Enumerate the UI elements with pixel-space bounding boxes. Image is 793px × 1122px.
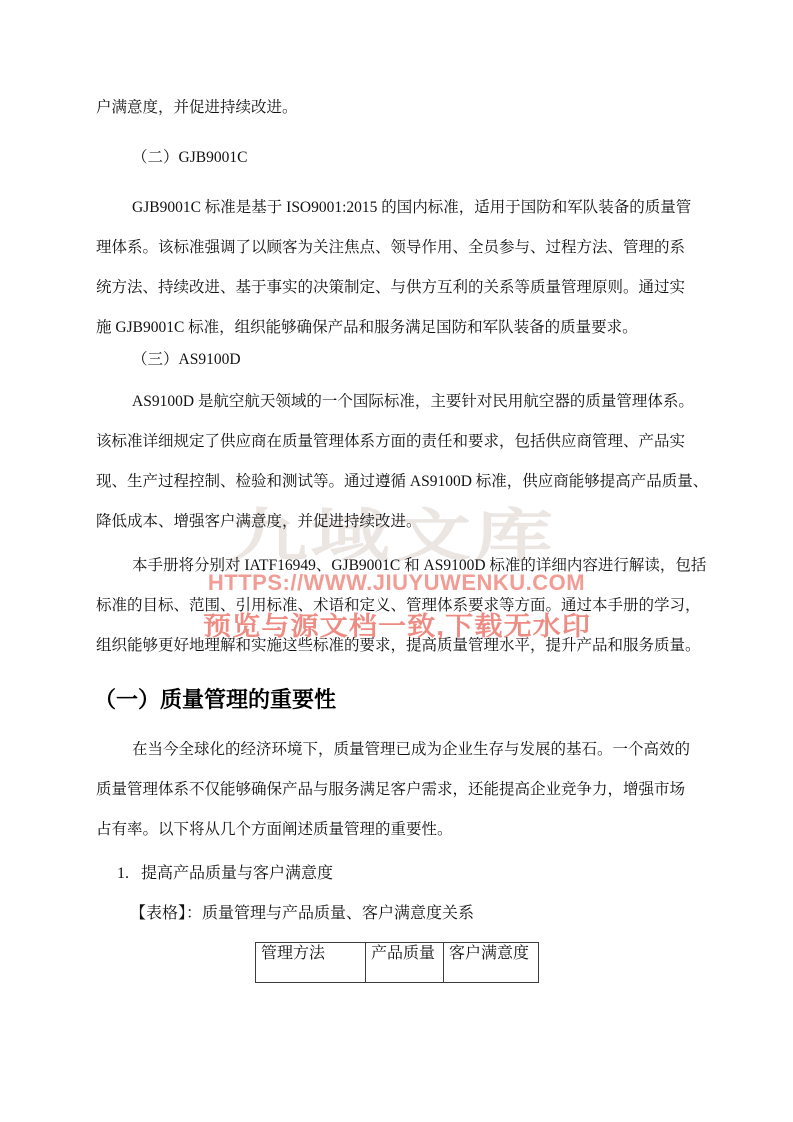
- quality-relationship-table: 管理方法 产品质量 客户满意度: [255, 942, 539, 983]
- list-item-text: 提高产品质量与客户满意度: [141, 865, 333, 882]
- body-line-12: 本手册将分别对 IATF16949、GJB9001C 和 AS9100D 标准的…: [132, 556, 706, 576]
- body-line-11: 降低成本、增强客户满意度，并促进持续改进。: [96, 512, 422, 532]
- body-line-3: GJB9001C 标准是基于 ISO9001:2015 的国内标准，适用于国防和…: [132, 198, 691, 218]
- subsection-title-gjb9001c: （二）GJB9001C: [132, 148, 247, 168]
- body-line-8: AS9100D 是航空航天领域的一个国际标准，主要针对民用航空器的质量管理体系。: [132, 392, 694, 412]
- table-header-row: 管理方法 产品质量 客户满意度: [256, 943, 539, 983]
- body-line-14: 组织能够更好地理解和实施这些标准的要求，提高质量管理水平，提升产品和服务质量。: [96, 636, 701, 656]
- table-header-management-method: 管理方法: [256, 943, 366, 983]
- body-line-1: 户满意度，并促进持续改进。: [96, 98, 298, 118]
- subsection-title-as9100d: （三）AS9100D: [132, 350, 241, 370]
- body-line-9: 该标准详细规定了供应商在质量管理体系方面的责任和要求，包括供应商管理、产品实: [96, 432, 685, 452]
- section-heading: （一）质量管理的重要性: [94, 683, 336, 714]
- body-line-6: 施 GJB9001C 标准，组织能够确保产品和服务满足国防和军队装备的质量要求。: [96, 318, 638, 338]
- table-header-product-quality: 产品质量: [366, 943, 444, 983]
- body-line-10: 现、生产过程控制、检验和测试等。通过遵循 AS9100D 标准，供应商能够提高产…: [96, 472, 708, 492]
- body-line-13: 标准的目标、范围、引用标准、术语和定义、管理体系要求等方面。通过本手册的学习，: [96, 596, 701, 616]
- table-caption: 【表格】：质量管理与产品质量、客户满意度关系: [130, 900, 474, 923]
- list-item-1: 1.提高产品质量与客户满意度: [117, 860, 333, 883]
- body-line-16: 质量管理体系不仅能够确保产品与服务满足客户需求，还能提高企业竞争力，增强市场: [96, 780, 685, 800]
- body-line-4: 理体系。该标准强调了以顾客为关注焦点、领导作用、全员参与、过程方法、管理的系: [96, 238, 685, 258]
- body-line-15: 在当今全球化的经济环境下，质量管理已成为企业生存与发展的基石。一个高效的: [132, 740, 690, 760]
- document-page: 九域文库 HTTPS://WWW.JIUYUWENKU.COM 预览与源文档一致…: [0, 0, 793, 1122]
- body-line-17: 占有率。以下将从几个方面阐述质量管理的重要性。: [96, 820, 453, 840]
- table-header-customer-satisfaction: 客户满意度: [444, 943, 539, 983]
- body-line-5: 统方法、持续改进、基于事实的决策制定、与供方互利的关系等质量管理原则。通过实: [96, 278, 685, 298]
- list-item-number: 1.: [117, 865, 129, 882]
